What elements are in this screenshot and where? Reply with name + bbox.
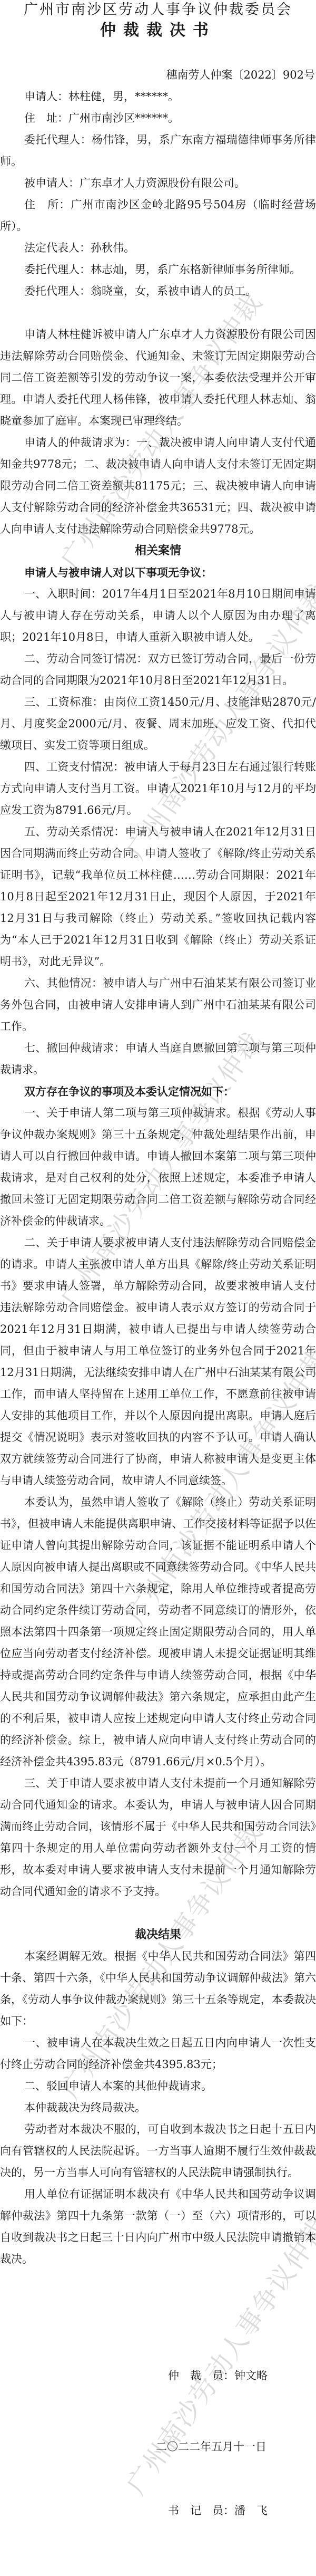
disputes-subheading: 双方存在争议的事项及本委认定情况如下： xyxy=(0,1081,316,1102)
legal-representative: 法定代表人：孙秋伟。 xyxy=(0,237,316,259)
fact-item: 五、劳动关系情况：申请人与被申请人在2021年12月31日因合同期满而终止劳动合… xyxy=(0,821,316,973)
case-number: 穗南劳人仲案〔2022〕902号 xyxy=(0,64,316,86)
spacer xyxy=(0,1902,316,1924)
facts-section: 相关案情 申请人与被申请人对以下事项无争议： 一、入职时间：2017年4月1日至… xyxy=(0,540,316,1081)
arbitration-claims: 申请人的仲裁请求为：一、裁决被申请人向申请人支付代通知金共9778元；二、裁决被… xyxy=(0,432,316,540)
spacer xyxy=(0,2458,316,2500)
fact-item: 二、劳动合同签订情况：双方已签订劳动合同，最后一份劳动合同的合同期限为2021年… xyxy=(0,648,316,691)
fact-item: 三、工资标准：由岗位工资1450元/月、技能津贴2870元/月、月度奖金2000… xyxy=(0,691,316,756)
facts-heading: 相关案情 xyxy=(0,540,316,562)
ruling-heading: 裁决结果 xyxy=(0,1924,316,1946)
fact-item: 一、入职时间：2017年4月1日至2021年8月10日期间申请人与被申请人存在劳… xyxy=(0,583,316,648)
case-intro: 申请人林柱健诉被申请人广东卓才人力资源股份有限公司因违法解除劳动合同赔偿金、代通… xyxy=(0,324,316,432)
respondent-agent-1: 委托代理人：林志灿，男，系广东格新律师事务所律师。 xyxy=(0,259,316,281)
facts-subheading: 申请人与被申请人对以下事项无争议： xyxy=(0,562,316,583)
respondent-address: 住 所：广州市南沙区金岭北路95号504房（临时经营场所）。 xyxy=(0,194,316,237)
appeal-employer: 用人单位有证据证明本裁决有《中华人民共和国劳动争议调解仲裁法》第四十九条第一款第… xyxy=(0,2184,316,2270)
ruling-item: 二、驳回申请人本案的其他仲裁请求。 xyxy=(0,2075,316,2097)
dispute-paragraph: 一、关于申请人第二项与第三项仲裁请求。根据《劳动人事争议仲裁办案规则》第三十五条… xyxy=(0,1102,316,1232)
applicant-address: 住 址：广州市南沙区******。 xyxy=(0,108,316,129)
spacer xyxy=(0,2270,316,2365)
spacer xyxy=(0,302,316,324)
fact-item: 七、撤回仲裁请求：申请人当庭自愿撤回第二项与第三项仲裁请求。 xyxy=(0,1037,316,1081)
fact-item: 四、工资支付情况：被申请人于每月23日左右通过银行转账方式向申请人支付当月工资。… xyxy=(0,756,316,821)
spacer xyxy=(0,2387,316,2436)
parties-section: 申请人：林柱健，男，******。 住 址：广州市南沙区******。 委托代理… xyxy=(0,86,316,302)
clerk-signature: 书 记 员：潘 飞 xyxy=(0,2500,316,2522)
award-date: 二〇二二年五月十一日 xyxy=(0,2436,316,2458)
dispute-paragraph: 二、关于申请人要求被申请人支付违法解除劳动合同赔偿金的请求。申请人主张被申请人单… xyxy=(0,1232,316,1492)
arbitral-award-document: 广州市南沙区劳动人事争议仲裁委员会 仲裁裁决书 穗南劳人仲案〔2022〕902号… xyxy=(0,0,316,2522)
arbitrator-signature: 仲 裁 员：钟文略 xyxy=(0,2365,316,2387)
doc-title: 仲裁裁决书 xyxy=(0,19,316,42)
appeal-worker: 劳动者对本裁决不服的，可自收到本裁决书之日起十五日内向有管辖权的人民法院起诉。一… xyxy=(0,2119,316,2184)
ruling-basis: 本案经调解无效。根据《中华人民共和国劳动合同法》第四十条、第四十六条，《中华人民… xyxy=(0,1946,316,2032)
org-title: 广州市南沙区劳动人事争议仲裁委员会 xyxy=(0,0,316,19)
signature-section: 仲 裁 员：钟文略 二〇二二年五月十一日 书 记 员：潘 飞 xyxy=(0,2365,316,2522)
dispute-paragraph: 本委认为，虽然申请人签收了《解除（终止）劳动关系证明书》，但被申请人未能提供离职… xyxy=(0,1492,316,1773)
ruling-finality: 本仲裁裁决为终局裁决。 xyxy=(0,2097,316,2119)
applicant-agent: 委托代理人：杨伟锋，男，系广东南方福瑞德律师事务所律师。 xyxy=(0,129,316,172)
fact-item: 六、其他情况：被申请人与广州中石油某某有限公司签订业务外包合同，由被申请人安排申… xyxy=(0,973,316,1037)
intro-section: 申请人林柱健诉被申请人广东卓才人力资源股份有限公司因违法解除劳动合同赔偿金、代通… xyxy=(0,324,316,540)
ruling-item: 一、被申请人在本裁决生效之日起五日内向申请人一次性支付终止劳动合同的经济补偿金共… xyxy=(0,2032,316,2075)
dispute-paragraph: 三、关于申请人要求被申请人支付未提前一个月通知解除劳动合同代通知金的请求。本委认… xyxy=(0,1773,316,1902)
applicant: 申请人：林柱健，男，******。 xyxy=(0,86,316,108)
respondent-agent-2: 委托代理人：翁晓童，女，系被申请人的员工。 xyxy=(0,281,316,302)
ruling-section: 裁决结果 本案经调解无效。根据《中华人民共和国劳动合同法》第四十条、第四十六条，… xyxy=(0,1924,316,2270)
disputes-section: 双方存在争议的事项及本委认定情况如下： 一、关于申请人第二项与第三项仲裁请求。根… xyxy=(0,1081,316,1902)
respondent: 被申请人：广东卓才人力资源股份有限公司。 xyxy=(0,172,316,194)
